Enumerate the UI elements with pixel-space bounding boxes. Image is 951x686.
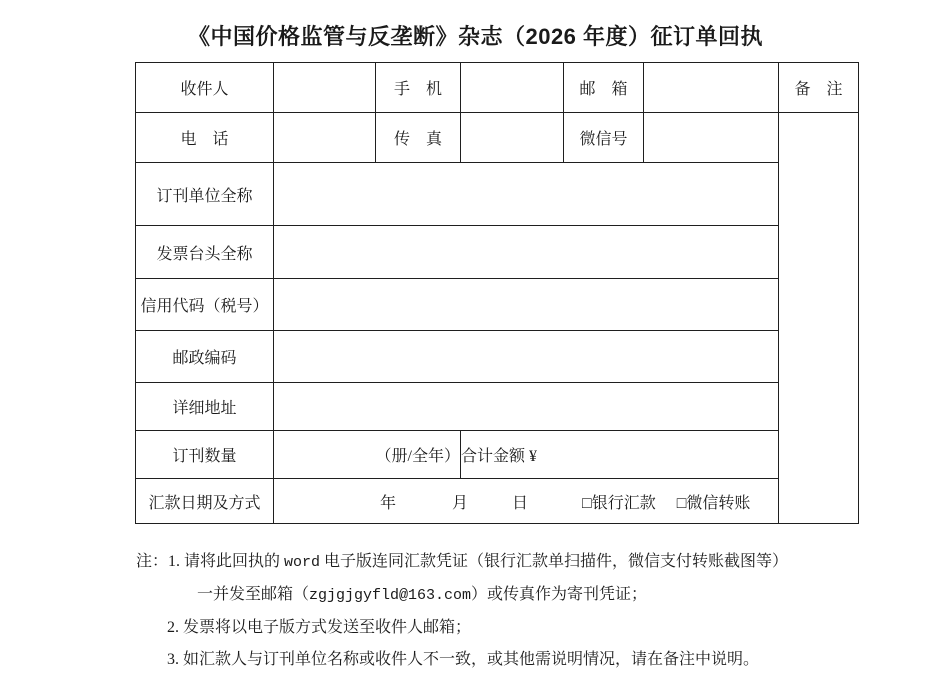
payment-date-method-label: 汇款日期及方式 [136, 479, 274, 524]
mobile-label: 手 机 [376, 63, 461, 113]
document-title: 《中国价格监管与反垄断》杂志（2026 年度）征订单回执 [0, 20, 951, 51]
postal-code-input-cell[interactable] [274, 331, 779, 383]
remark-label: 备 注 [779, 63, 859, 113]
wechat-id-input-cell[interactable] [644, 113, 779, 163]
quantity-label: 订刊数量 [136, 431, 274, 479]
table-row: 发票台头全称 [136, 226, 859, 279]
phone-label: 电 话 [136, 113, 274, 163]
remark-input-cell[interactable] [779, 113, 859, 524]
document-page: 《中国价格监管与反垄断》杂志（2026 年度）征订单回执 收件人 手 机 邮 箱… [0, 0, 951, 686]
wechat-transfer-checkbox-option[interactable]: □微信转账 [677, 490, 751, 513]
invoice-title-label: 发票台头全称 [136, 226, 274, 279]
email-input-cell[interactable] [644, 63, 779, 113]
table-row: 邮政编码 [136, 331, 859, 383]
table-row: 订刊数量 （册/全年） 合计金额 ¥ [136, 431, 859, 479]
note-line-4: 3. 如汇款人与订刊单位名称或收件人不一致，或其他需说明情况，请在备注中说明。 [136, 644, 896, 676]
address-label: 详细地址 [136, 383, 274, 431]
note-line-3: 2. 发票将以电子版方式发送至收件人邮箱； [136, 612, 896, 644]
note-line-1: 注：1. 请将此回执的 word 电子版连同汇款凭证（银行汇款单扫描件，微信支付… [136, 546, 896, 579]
postal-code-label: 邮政编码 [136, 331, 274, 383]
note-item1-cont-post: ）或传真作为寄刊凭证； [471, 586, 647, 603]
note-line-2: 一并发至邮箱（zgjgjgyfld@163.com）或传真作为寄刊凭证； [136, 579, 896, 612]
credit-code-label: 信用代码（税号） [136, 279, 274, 331]
payment-date-method-cell: 年月日□银行汇款□微信转账 [274, 479, 779, 524]
quantity-input-cell[interactable]: （册/全年） [274, 431, 461, 479]
mobile-input-cell[interactable] [461, 63, 564, 113]
table-row: 订刊单位全称 [136, 163, 859, 226]
month-label: 月 [452, 490, 468, 513]
address-input-cell[interactable] [274, 383, 779, 431]
invoice-title-input-cell[interactable] [274, 226, 779, 279]
table-row: 电 话 传 真 微信号 [136, 113, 859, 163]
recipient-label: 收件人 [136, 63, 274, 113]
table-row: 汇款日期及方式 年月日□银行汇款□微信转账 [136, 479, 859, 524]
wechat-id-label: 微信号 [564, 113, 644, 163]
table-row: 信用代码（税号） [136, 279, 859, 331]
table-row: 详细地址 [136, 383, 859, 431]
subscriber-unit-label: 订刊单位全称 [136, 163, 274, 226]
note-item1-text: 1. 请将此回执的 [168, 553, 284, 570]
fax-input-cell[interactable] [461, 113, 564, 163]
total-amount-cell[interactable]: 合计金额 ¥ [461, 431, 779, 479]
subscriber-unit-input-cell[interactable] [274, 163, 779, 226]
credit-code-input-cell[interactable] [274, 279, 779, 331]
recipient-input-cell[interactable] [274, 63, 376, 113]
note-item1-word: word [284, 554, 320, 571]
subscription-form-table: 收件人 手 机 邮 箱 备 注 电 话 传 真 微信号 订刊单位全称 发票台头全… [135, 62, 859, 524]
bank-transfer-checkbox-option[interactable]: □银行汇款 [582, 490, 656, 513]
day-label: 日 [512, 490, 528, 513]
note-prefix: 注： [136, 553, 168, 570]
note-item1-cont-pre: 一并发至邮箱（ [197, 586, 309, 603]
email-label: 邮 箱 [564, 63, 644, 113]
note-email-address: zgjgjgyfld@163.com [309, 587, 471, 604]
year-label: 年 [380, 490, 396, 513]
note-item1-text-cont: 电子版连同汇款凭证（银行汇款单扫描件，微信支付转账截图等） [320, 553, 788, 570]
fax-label: 传 真 [376, 113, 461, 163]
table-row: 收件人 手 机 邮 箱 备 注 [136, 63, 859, 113]
phone-input-cell[interactable] [274, 113, 376, 163]
notes-section: 注：1. 请将此回执的 word 电子版连同汇款凭证（银行汇款单扫描件，微信支付… [136, 546, 896, 676]
